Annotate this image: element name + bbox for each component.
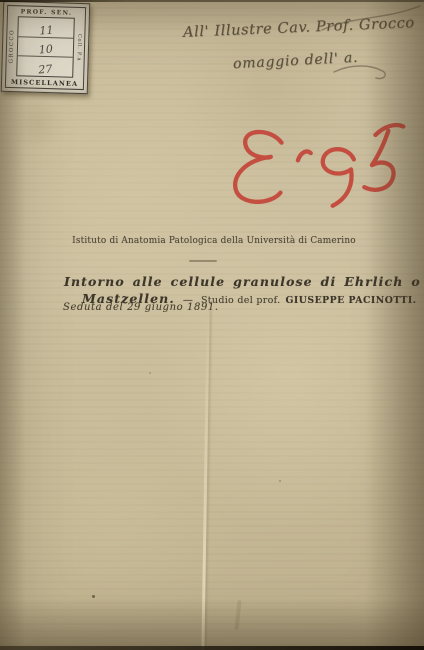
- red-stroke-9: [323, 149, 355, 206]
- library-label: PROF. SEN. GROCCO 11 10 27: [1, 1, 91, 94]
- label-collection-mark: Coll. P.a: [73, 18, 85, 78]
- label-shelf-numbers: 11 10 27: [16, 16, 75, 78]
- library-label-frame: PROF. SEN. GROCCO 11 10 27: [5, 5, 86, 90]
- shelf-number-row: 27: [17, 57, 72, 77]
- institute-line: Istituto di Anatomia Patologica della Un…: [2, 236, 424, 246]
- session-date-line: Seduta del 29 giugno 1891.: [63, 302, 219, 313]
- handwritten-dedication-line2: omaggio dell' a.: [233, 50, 359, 73]
- paper-speck: [149, 372, 151, 374]
- author-name: GIUSEPPE PACINOTTI.: [285, 295, 416, 306]
- photo-vignette: [0, 0, 424, 650]
- separator-rule: [189, 260, 217, 262]
- paper-crease: [201, 310, 209, 650]
- paper-speck: [92, 595, 95, 598]
- red-stroke-5-stem: [363, 131, 393, 190]
- handwritten-dedication-line1: All' Illustre Cav. Prof. Grocco: [183, 15, 415, 41]
- red-stroke-tick: [298, 151, 311, 160]
- title-line1: Intorno alle cellule granulose di Ehrlic…: [64, 274, 421, 289]
- red-shelfmark: E 95: [225, 118, 412, 216]
- paper-smudge: [234, 600, 241, 630]
- paper-speck: [279, 480, 281, 482]
- shelf-number-row: 11: [18, 17, 74, 38]
- book-cover-photo: PROF. SEN. GROCCO 11 10 27: [0, 0, 424, 650]
- photo-edge-bottom: [0, 646, 424, 650]
- label-category: MISCELLANEA: [6, 76, 83, 89]
- shelf-number-row: 10: [18, 37, 74, 58]
- red-stroke-E: [234, 132, 282, 203]
